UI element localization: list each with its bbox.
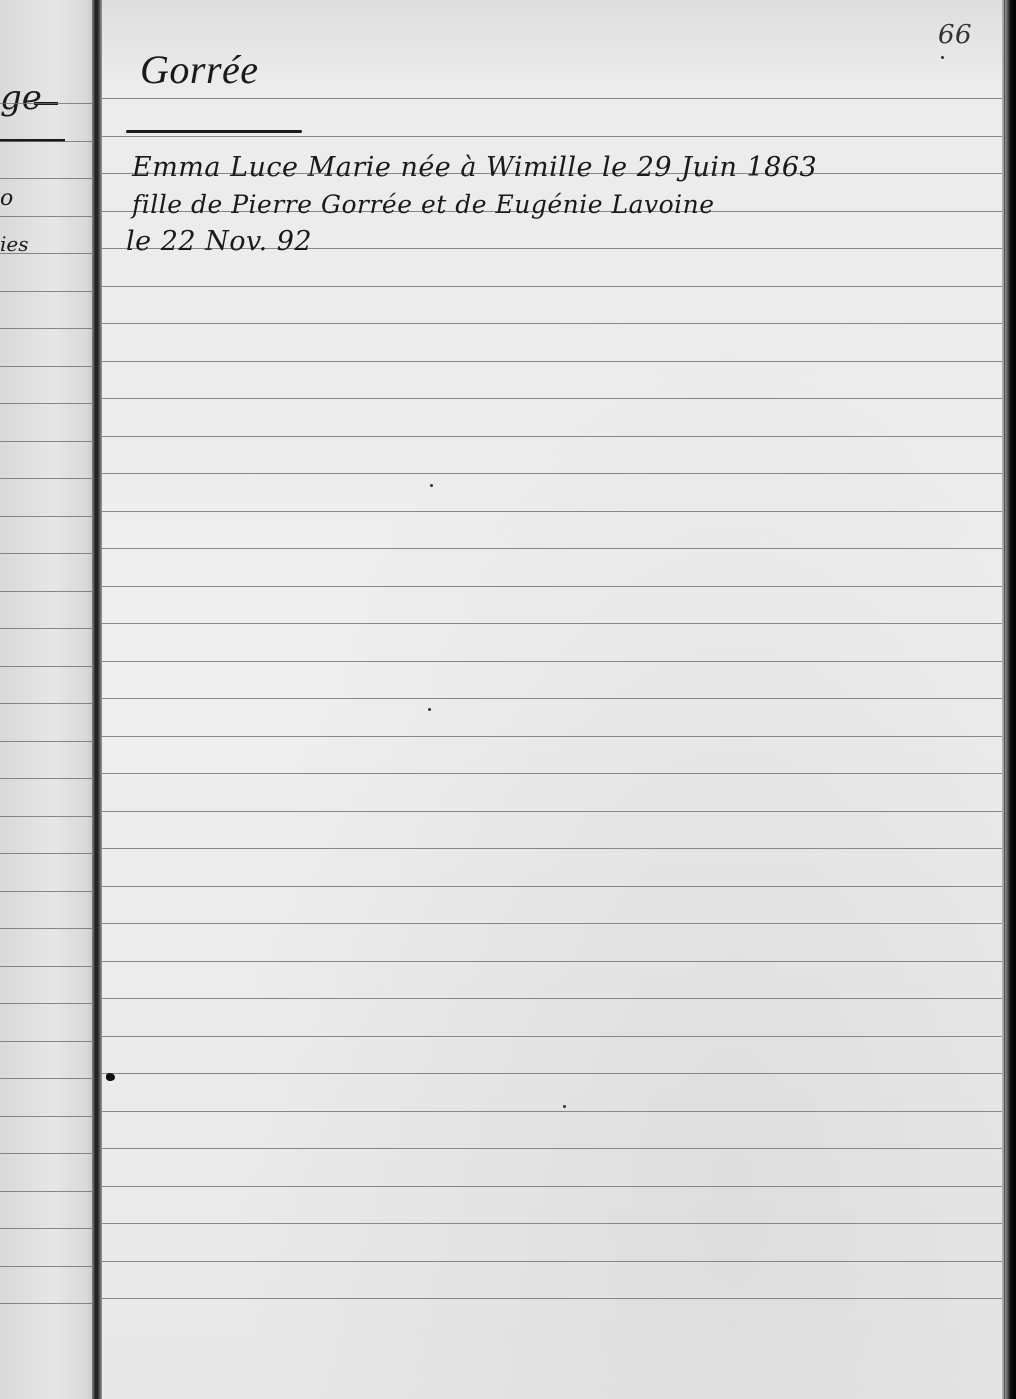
binding-gutter xyxy=(92,0,102,1399)
paper-speck xyxy=(941,56,944,59)
ruled-line xyxy=(0,1303,92,1304)
ruled-line xyxy=(0,216,92,217)
ruled-line xyxy=(102,886,1002,887)
left-facing-page: ge o ies xyxy=(0,0,96,1399)
ruled-line xyxy=(0,816,92,817)
ruled-line xyxy=(0,1228,92,1229)
ruled-line xyxy=(0,703,92,704)
ruled-line xyxy=(102,548,1002,549)
ruled-line xyxy=(102,998,1002,999)
ruled-line xyxy=(0,366,92,367)
ruled-line xyxy=(102,661,1002,662)
ink-blot-mark xyxy=(106,1073,115,1081)
ruled-line xyxy=(0,441,92,442)
ruled-line xyxy=(0,1266,92,1267)
ruled-line xyxy=(102,511,1002,512)
ruled-line xyxy=(102,1223,1002,1224)
ruled-line xyxy=(0,778,92,779)
ruled-line xyxy=(102,136,1002,137)
ruled-line xyxy=(0,103,92,104)
ruled-line xyxy=(102,698,1002,699)
scanned-register-spread: ge o ies 66 Gorrée Emma Luce Marie née à… xyxy=(0,0,1016,1399)
ruled-line xyxy=(102,848,1002,849)
ruled-line xyxy=(102,1111,1002,1112)
ruled-line xyxy=(102,586,1002,587)
ruled-line xyxy=(102,811,1002,812)
ruled-line xyxy=(102,923,1002,924)
ruled-line xyxy=(0,1116,92,1117)
left-page-heading-fragment: ge xyxy=(0,78,42,118)
ruled-line xyxy=(102,1073,1002,1074)
ruled-line xyxy=(0,853,92,854)
ruled-line xyxy=(102,1148,1002,1149)
page-number: 66 xyxy=(938,20,972,50)
ruled-line xyxy=(0,928,92,929)
ruled-line xyxy=(0,178,92,179)
ruled-line xyxy=(0,966,92,967)
ruled-line xyxy=(102,398,1002,399)
ruled-line xyxy=(102,473,1002,474)
ruled-line xyxy=(102,361,1002,362)
left-page-text-fragment: o xyxy=(0,186,13,211)
ruled-line xyxy=(0,628,92,629)
paper-speck xyxy=(563,1105,566,1108)
ruled-line xyxy=(102,773,1002,774)
ruled-line xyxy=(102,436,1002,437)
ruled-line xyxy=(102,286,1002,287)
ruled-line xyxy=(102,623,1002,624)
paper-speck xyxy=(430,484,433,487)
entry-line-date: le 22 Nov. 92 xyxy=(126,226,312,257)
ruled-line xyxy=(0,1041,92,1042)
surname-heading-underline xyxy=(126,130,302,133)
ruled-line xyxy=(0,741,92,742)
paper-speck xyxy=(428,708,431,711)
ruled-line xyxy=(102,1186,1002,1187)
ruled-line xyxy=(102,961,1002,962)
ruled-line xyxy=(0,403,92,404)
ruled-line xyxy=(102,1036,1002,1037)
ruled-line xyxy=(0,141,92,142)
ruled-line xyxy=(0,291,92,292)
ruled-line xyxy=(0,478,92,479)
ruled-line xyxy=(102,736,1002,737)
ruled-line xyxy=(102,1261,1002,1262)
ruled-line xyxy=(102,98,1002,99)
ruled-line xyxy=(0,1191,92,1192)
surname-heading: Gorrée xyxy=(140,46,259,93)
page-margin-edge xyxy=(1004,0,1005,1399)
ruled-line xyxy=(0,1003,92,1004)
ruled-line xyxy=(0,516,92,517)
ruled-line xyxy=(0,891,92,892)
ruled-line xyxy=(0,666,92,667)
ruled-line xyxy=(0,591,92,592)
entry-line-parents: fille de Pierre Gorrée et de Eugénie Lav… xyxy=(132,190,715,219)
entry-line-birth: Emma Luce Marie née à Wimille le 29 Juin… xyxy=(132,152,817,183)
ruled-line xyxy=(0,1078,92,1079)
ruled-line xyxy=(102,323,1002,324)
ruled-line xyxy=(0,1153,92,1154)
ruled-line xyxy=(0,328,92,329)
ruled-line xyxy=(0,553,92,554)
ruled-line xyxy=(0,253,92,254)
ruled-line xyxy=(102,1298,1002,1299)
